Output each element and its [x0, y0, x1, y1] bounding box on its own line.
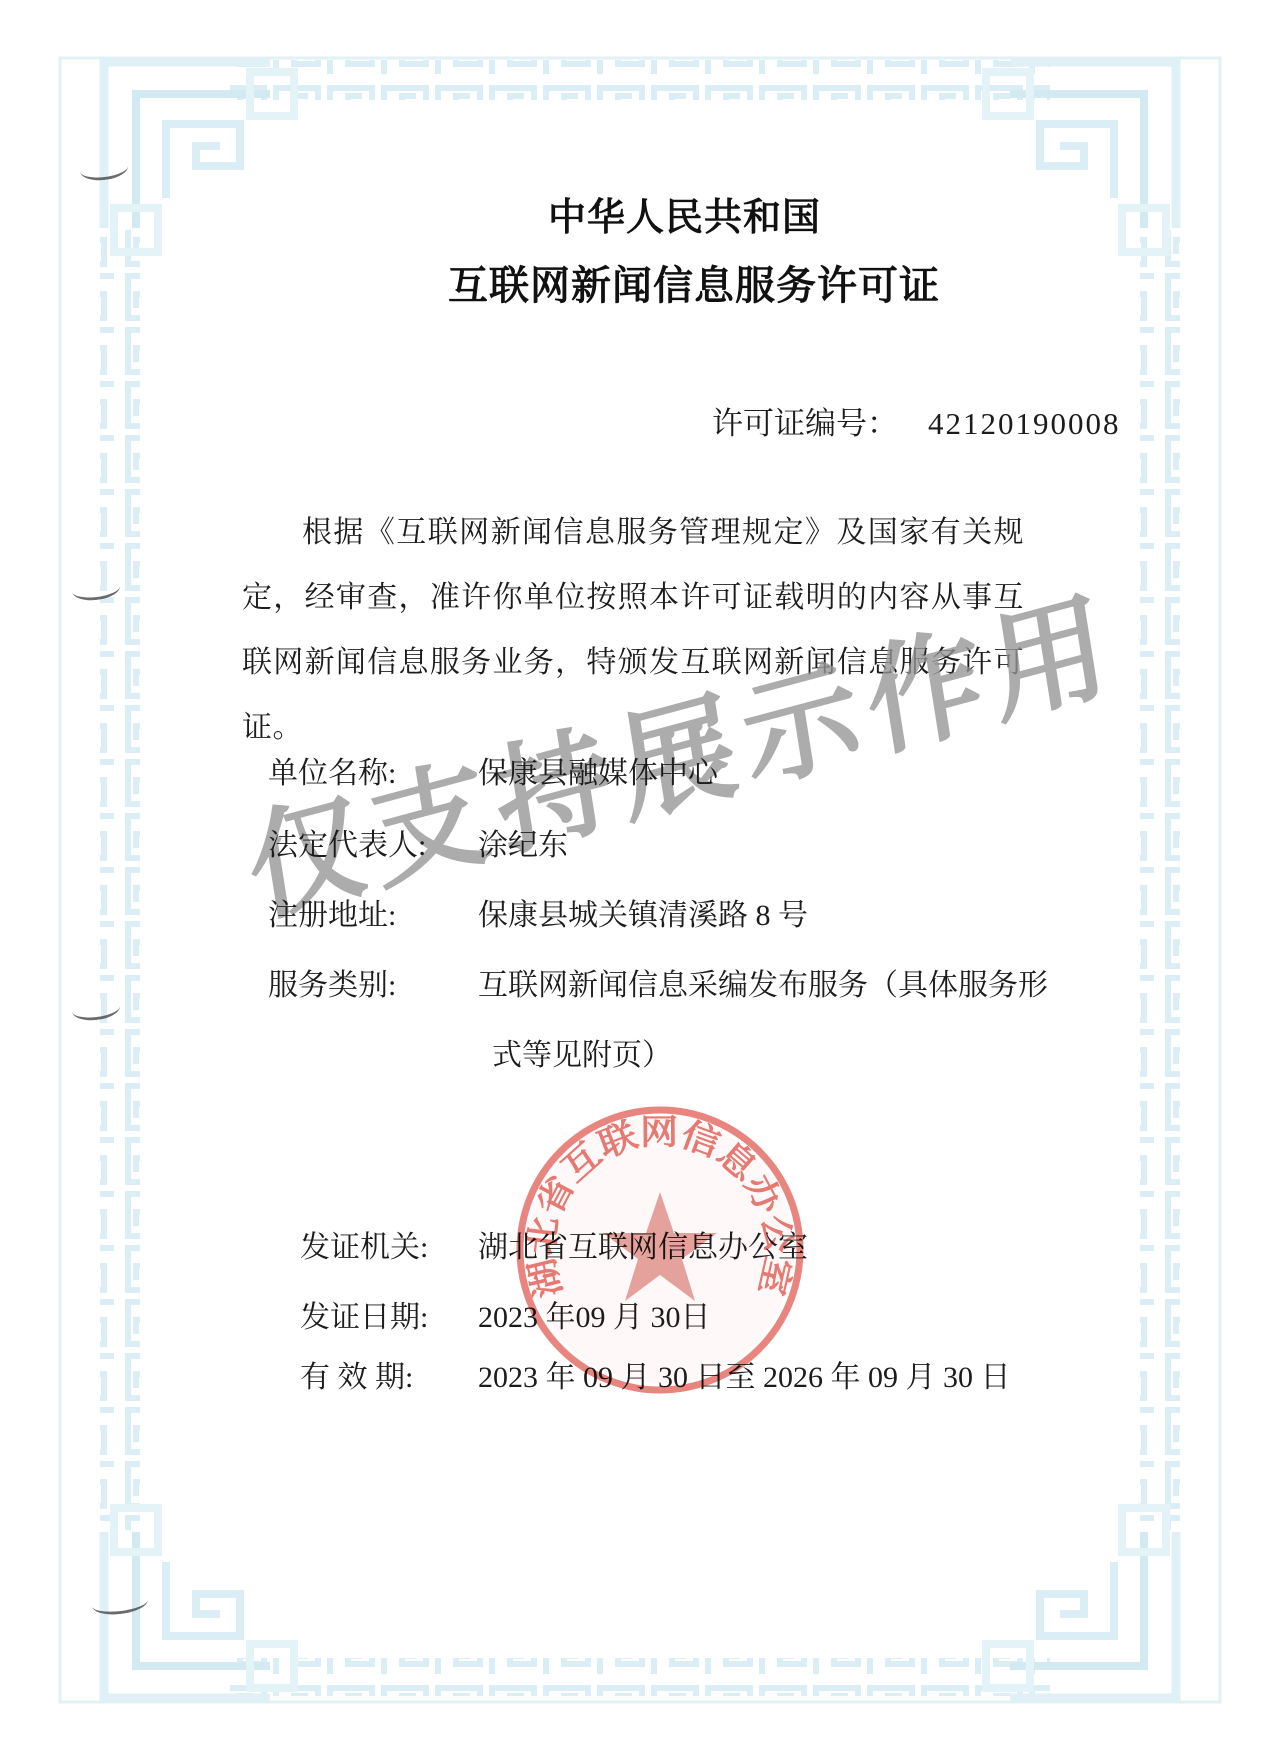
title-country: 中华人民共和国	[548, 186, 821, 241]
punch-hole-mark	[79, 155, 129, 183]
punch-hole-mark	[71, 995, 121, 1023]
license-number-value: 42120190008	[928, 406, 1121, 441]
field-value-address: 保康县城关镇清溪路 8 号	[478, 890, 808, 934]
field-value-unit-name: 保康县融媒体中心	[478, 748, 718, 792]
validity-value: 2023 年 09 月 30 日至 2026 年 09 月 30 日	[478, 1352, 1011, 1396]
issue-date-label: 发证日期:	[300, 1292, 428, 1336]
certificate-page: 中华人民共和国 互联网新闻信息服务许可证 许可证编号：42120190008 根…	[0, 0, 1280, 1760]
issuer-value: 湖北省互联网信息办公室	[478, 1222, 808, 1266]
field-label-legal-rep: 法定代表人:	[268, 820, 426, 864]
issuer-label: 发证机关:	[300, 1222, 428, 1266]
license-number-line: 许可证编号：42120190008	[712, 398, 1121, 443]
field-label-service-type: 服务类别:	[268, 960, 396, 1004]
title-license-name: 互联网新闻信息服务许可证	[448, 254, 940, 311]
body-paragraph: 根据《互联网新闻信息服务管理规定》及国家有关规定，经审查，准许你单位按照本许可证…	[242, 500, 1024, 760]
field-label-unit-name: 单位名称:	[268, 748, 396, 792]
license-number-label: 许可证编号：	[712, 406, 898, 441]
field-value-service-type: 互联网新闻信息采编发布服务（具体服务形	[478, 960, 1048, 1004]
field-value-service-type-cont: 式等见附页）	[492, 1030, 672, 1074]
field-label-address: 注册地址:	[268, 890, 396, 934]
validity-label: 有 效 期:	[300, 1352, 413, 1396]
field-value-legal-rep: 涂纪东	[478, 820, 568, 864]
punch-hole-mark	[91, 1589, 149, 1618]
issue-date-value: 2023 年09 月 30日	[478, 1292, 711, 1336]
svg-text:湖北省互联网信息办公室: 湖北省互联网信息办公室	[522, 1113, 799, 1301]
seal-arc-text: 湖北省互联网信息办公室	[522, 1113, 799, 1301]
punch-hole-mark	[71, 575, 121, 603]
